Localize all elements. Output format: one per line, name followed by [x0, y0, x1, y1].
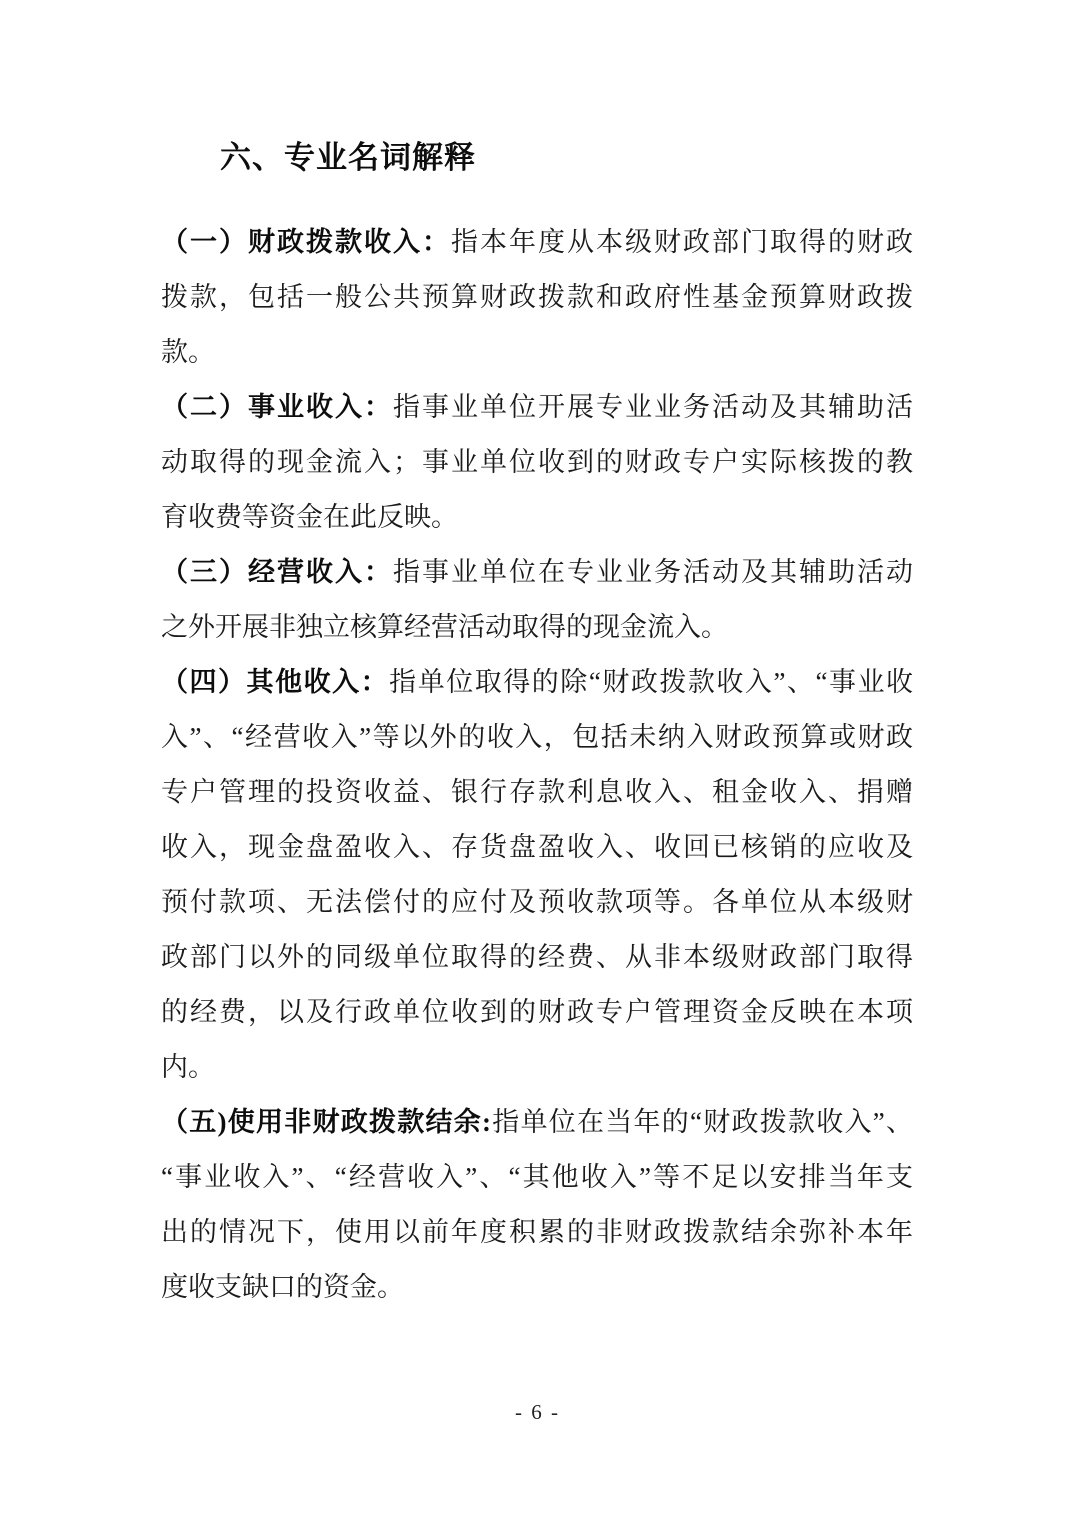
body-text: 政部门以外的同级单位取得的经费、从非本级财政部门取得 — [161, 942, 913, 972]
term-label: （三）经营收入： — [161, 557, 393, 587]
body-text: 指单位取得的除“财政拨款收入”、“事业收 — [389, 667, 913, 697]
body-text: 内。 — [161, 1052, 215, 1082]
body-text: “事业收入”、“经营收入”、“其他收入”等不足以安排当年支 — [161, 1162, 913, 1192]
body-text: 度收支缺口的资金。 — [161, 1272, 404, 1302]
document-page: 六、专业名词解释 （一）财政拨款收入：指本年度从本级财政部门取得的财政拨款，包括… — [0, 0, 1075, 1520]
body-text: 拨款，包括一般公共预算财政拨款和政府性基金预算财政拨 — [161, 282, 913, 312]
body-text: 指单位在当年的“财政拨款收入”、 — [491, 1107, 913, 1137]
text-line: （一）财政拨款收入：指本年度从本级财政部门取得的财政 — [161, 215, 913, 270]
text-line: “事业收入”、“经营收入”、“其他收入”等不足以安排当年支 — [161, 1150, 913, 1205]
body-text: 指事业单位开展专业业务活动及其辅助活 — [393, 392, 913, 422]
term-label: （一）财政拨款收入： — [161, 227, 451, 257]
text-line: 出的情况下，使用以前年度积累的非财政拨款结余弥补本年 — [161, 1205, 913, 1260]
text-line: 收入，现金盘盈收入、存货盘盈收入、收回已核销的应收及 — [161, 820, 913, 875]
paragraph: （四）其他收入：指单位取得的除“财政拨款收入”、“事业收入”、“经营收入”等以外… — [161, 655, 913, 1095]
text-line: （二）事业收入：指事业单位开展专业业务活动及其辅助活 — [161, 380, 913, 435]
body-text: 预付款项、无法偿付的应付及预收款项等。各单位从本级财 — [161, 887, 913, 917]
paragraph: （二）事业收入：指事业单位开展专业业务活动及其辅助活动取得的现金流入；事业单位收… — [161, 380, 913, 545]
text-line: （四）其他收入：指单位取得的除“财政拨款收入”、“事业收 — [161, 655, 913, 710]
text-line: 政部门以外的同级单位取得的经费、从非本级财政部门取得 — [161, 930, 913, 985]
term-label: （五)使用非财政拨款结余: — [161, 1107, 491, 1137]
body-text: 收入，现金盘盈收入、存货盘盈收入、收回已核销的应收及 — [161, 832, 913, 862]
text-line: 款。 — [161, 325, 913, 380]
body-text: 育收费等资金在此反映。 — [161, 502, 458, 532]
body-text: 的经费，以及行政单位收到的财政专户管理资金反映在本项 — [161, 997, 913, 1027]
body-text: 动取得的现金流入；事业单位收到的财政专户实际核拨的教 — [161, 447, 913, 477]
body-text: 指本年度从本级财政部门取得的财政 — [451, 227, 913, 257]
text-line: 预付款项、无法偿付的应付及预收款项等。各单位从本级财 — [161, 875, 913, 930]
paragraph: （五)使用非财政拨款结余:指单位在当年的“财政拨款收入”、“事业收入”、“经营收… — [161, 1095, 913, 1315]
text-line: 育收费等资金在此反映。 — [161, 490, 913, 545]
body-text: 出的情况下，使用以前年度积累的非财政拨款结余弥补本年 — [161, 1217, 913, 1247]
term-label: （四）其他收入： — [161, 667, 389, 697]
text-line: 专户管理的投资收益、银行存款利息收入、租金收入、捐赠 — [161, 765, 913, 820]
section-heading: 六、专业名词解释 — [220, 138, 476, 178]
body-text: 指事业单位在专业业务活动及其辅助活动 — [393, 557, 913, 587]
text-line: 的经费，以及行政单位收到的财政专户管理资金反映在本项 — [161, 985, 913, 1040]
body-text: 款。 — [161, 337, 215, 367]
text-line: 度收支缺口的资金。 — [161, 1260, 913, 1315]
page-number: - 6 - — [0, 1400, 1075, 1425]
paragraph: （三）经营收入：指事业单位在专业业务活动及其辅助活动之外开展非独立核算经营活动取… — [161, 545, 913, 655]
text-line: 拨款，包括一般公共预算财政拨款和政府性基金预算财政拨 — [161, 270, 913, 325]
text-line: 之外开展非独立核算经营活动取得的现金流入。 — [161, 600, 913, 655]
text-line: （五)使用非财政拨款结余:指单位在当年的“财政拨款收入”、 — [161, 1095, 913, 1150]
text-line: （三）经营收入：指事业单位在专业业务活动及其辅助活动 — [161, 545, 913, 600]
body-text: 之外开展非独立核算经营活动取得的现金流入。 — [161, 612, 728, 642]
body-text: 入”、“经营收入”等以外的收入，包括未纳入财政预算或财政 — [161, 722, 913, 752]
document-body: （一）财政拨款收入：指本年度从本级财政部门取得的财政拨款，包括一般公共预算财政拨… — [161, 215, 913, 1315]
paragraph: （一）财政拨款收入：指本年度从本级财政部门取得的财政拨款，包括一般公共预算财政拨… — [161, 215, 913, 380]
body-text: 专户管理的投资收益、银行存款利息收入、租金收入、捐赠 — [161, 777, 913, 807]
text-line: 动取得的现金流入；事业单位收到的财政专户实际核拨的教 — [161, 435, 913, 490]
text-line: 内。 — [161, 1040, 913, 1095]
term-label: （二）事业收入： — [161, 392, 393, 422]
text-line: 入”、“经营收入”等以外的收入，包括未纳入财政预算或财政 — [161, 710, 913, 765]
